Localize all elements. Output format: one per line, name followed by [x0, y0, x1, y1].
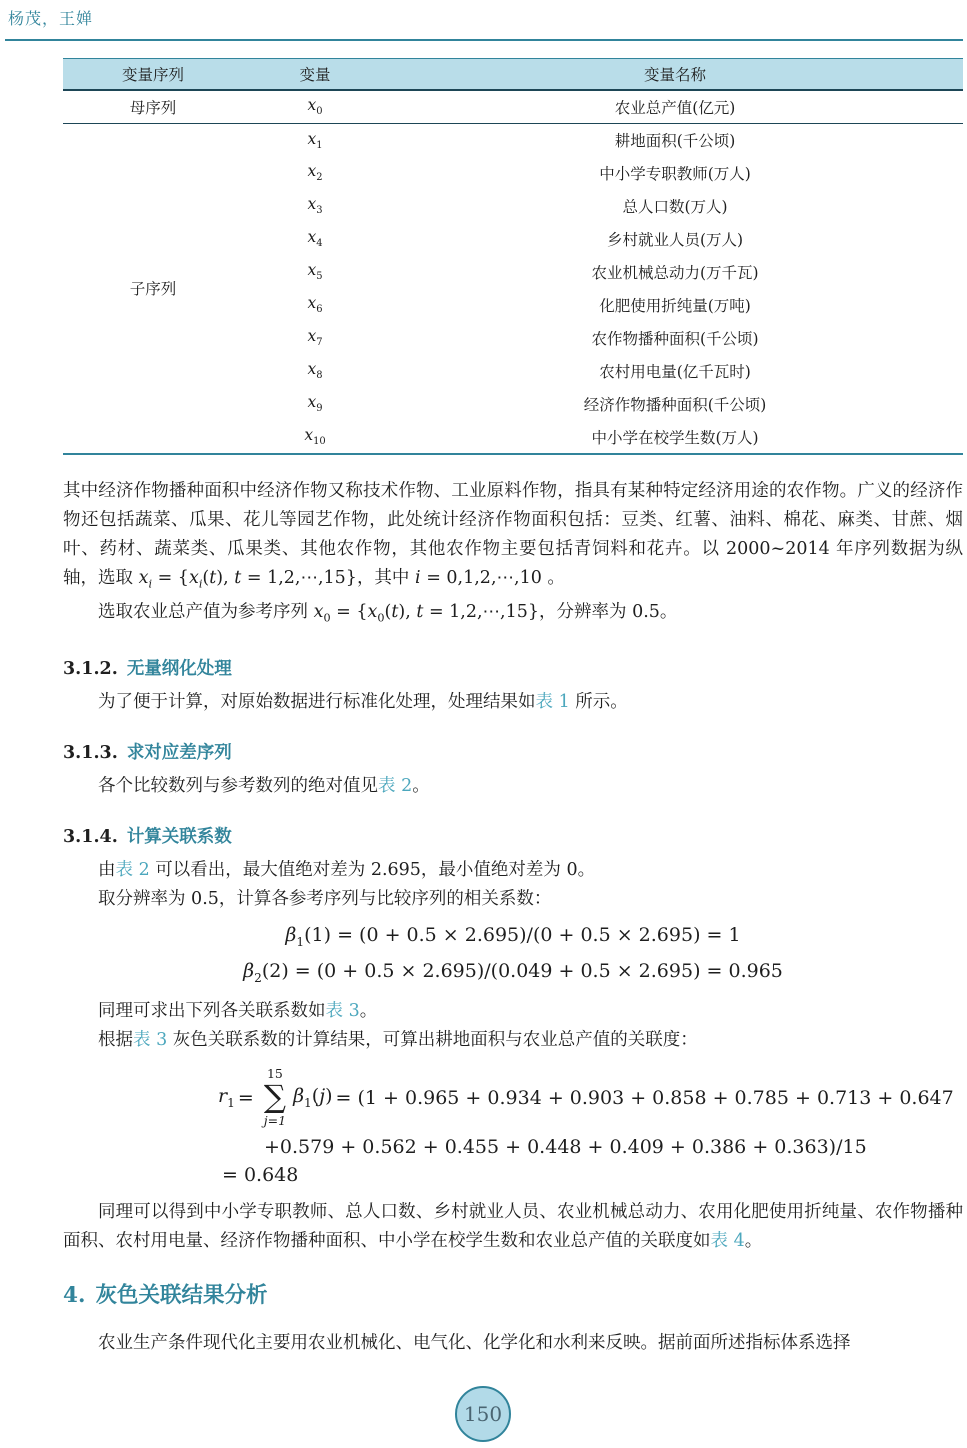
variable-x5: x5 — [243, 256, 387, 289]
paragraph-text: 选取农业总产值为参考序列 — [98, 602, 314, 622]
variable-x2: x2 — [243, 157, 387, 190]
paragraph-text: 同理可求出下列各关联系数如 — [98, 1001, 326, 1021]
formula-line-3: = 0.648 — [222, 1164, 967, 1186]
table3-link[interactable]: 表 3 — [326, 1001, 360, 1021]
paragraph-relational-degree-basis: 根据表 3 灰色关联系数的计算结果，可算出耕地面积与农业总产值的关联度： — [63, 1026, 963, 1055]
table2-link[interactable]: 表 2 — [116, 860, 150, 880]
section-title: 计算关联系数 — [127, 827, 232, 847]
var-subscript: 1 — [304, 1096, 312, 1110]
table-row-mother: 母序列 x0 农业总产值(亿元) — [63, 90, 963, 124]
var-subscript: 2 — [316, 173, 322, 184]
section-number: 3.1.2. — [63, 659, 118, 679]
var-symbol: x — [307, 130, 316, 148]
paragraph-text: 。 — [542, 568, 565, 588]
series-definition-math: xi = {xi(t), t = 1,2,⋯,15} — [139, 568, 357, 588]
correlation-coefficient-formula-2: β2(2) = (0 + 0.5 × 2.695)/(0.049 + 0.5 ×… — [63, 960, 963, 985]
var-subscript: 1 — [227, 1096, 235, 1110]
col-header-variable: 变量 — [243, 59, 387, 90]
paragraph-text: 。 — [412, 776, 430, 796]
section-3-1-3-heading: 3.1.3.求对应差序列 — [63, 739, 967, 764]
sigma-glyph: ∑ — [264, 1081, 286, 1114]
var-symbol: x — [307, 393, 316, 411]
summation-symbol: 15 ∑ j=1 — [264, 1067, 286, 1128]
variable-name-x6: 化肥使用折纯量(万吨) — [387, 289, 963, 322]
variable-name-x4: 乡村就业人员(万人) — [387, 223, 963, 256]
var-symbol: x — [307, 228, 316, 246]
correlation-degree-formula: r1 = 15 ∑ j=1 β1(j) = (1 + 0.965 + 0.934… — [218, 1067, 967, 1186]
paragraph-standardization: 为了便于计算，对原始数据进行标准化处理，处理结果如表 1 所示。 — [63, 688, 963, 717]
paragraph-text: 可以看出，最大值绝对差为 2.695，最小值绝对差为 0。 — [150, 860, 595, 880]
section-3-1-4-heading: 3.1.4.计算关联系数 — [63, 823, 967, 848]
var-subscript: 1 — [316, 140, 322, 151]
reference-series-math: x0 = {x0(t), t = 1,2,⋯,15} — [314, 602, 539, 622]
table2-link[interactable]: 表 2 — [378, 776, 412, 796]
var-subscript: 8 — [316, 371, 322, 382]
variables-table: 变量序列 变量 变量名称 母序列 x0 农业总产值(亿元) 子序列 x1 耕地面… — [63, 58, 963, 455]
table4-link[interactable]: 表 4 — [711, 1231, 745, 1251]
variable-x10: x10 — [243, 421, 387, 454]
col-header-name: 变量名称 — [387, 59, 963, 90]
journal-page: 杨茂，王婵 变量序列 变量 变量名称 母序列 x0 农业总产值(亿元) 子序列 … — [0, 0, 967, 1358]
page-number: 150 — [464, 1402, 502, 1426]
variable-name-x5: 农业机械总动力(万千瓦) — [387, 256, 963, 289]
formula-line-2: +0.579 + 0.562 + 0.455 + 0.448 + 0.409 +… — [264, 1136, 967, 1158]
paragraph-other-degrees: 同理可以得到中小学专职教师、总人口数、乡村就业人员、农业机械总动力、农用化肥使用… — [63, 1198, 963, 1256]
paragraph-text: 为了便于计算，对原始数据进行标准化处理，处理结果如 — [98, 692, 536, 712]
paragraph-difference-series: 各个比较数列与参考数列的绝对值见表 2。 — [63, 772, 963, 801]
variable-name-x1: 耕地面积(千公顷) — [387, 124, 963, 157]
section-number: 3.1.3. — [63, 743, 118, 763]
child-sequence-label: 子序列 — [63, 124, 243, 454]
formula-line-1: r1 = 15 ∑ j=1 β1(j) = (1 + 0.965 + 0.934… — [218, 1067, 967, 1128]
variable-x9: x9 — [243, 388, 387, 421]
section-title: 灰色关联结果分析 — [95, 1283, 267, 1308]
table-header-row: 变量序列 变量 变量名称 — [63, 59, 963, 90]
col-header-sequence: 变量序列 — [63, 59, 243, 90]
index-range-math: i = 0,1,2,⋯,10 — [415, 568, 542, 588]
variable-name-x2: 中小学专职教师(万人) — [387, 157, 963, 190]
section-number: 4. — [63, 1283, 85, 1308]
sum-lower-limit: j=1 — [264, 1114, 286, 1128]
table1-link[interactable]: 表 1 — [536, 692, 570, 712]
variable-name-x3: 总人口数(万人) — [387, 190, 963, 223]
variable-name-x10: 中小学在校学生数(万人) — [387, 421, 963, 454]
variable-name-x7: 农作物播种面积(千公顷) — [387, 322, 963, 355]
variable-x4: x4 — [243, 223, 387, 256]
variable-name-x9: 经济作物播种面积(千公顷) — [387, 388, 963, 421]
var-symbol: x — [307, 360, 316, 378]
running-head-authors: 杨茂，王婵 — [0, 0, 967, 29]
var-symbol: x — [307, 294, 316, 312]
var-symbol: x — [304, 426, 313, 444]
mother-sequence-label: 母序列 — [63, 90, 243, 124]
section-title: 无量纲化处理 — [127, 659, 232, 679]
var-symbol: β — [293, 1085, 304, 1107]
section-3-1-2-heading: 3.1.2.无量纲化处理 — [63, 655, 967, 680]
variable-name-x0: 农业总产值(亿元) — [387, 90, 963, 124]
var-symbol: r — [218, 1085, 227, 1107]
r1-variable: r1 — [218, 1085, 235, 1110]
section-4-heading: 4.灰色关联结果分析 — [63, 1278, 967, 1309]
variable-x3: x3 — [243, 190, 387, 223]
paragraph-text: 。 — [745, 1231, 763, 1251]
correlation-coefficient-formula-1: β1(1) = (0 + 0.5 × 2.695)/(0 + 0.5 × 2.6… — [63, 924, 963, 949]
var-subscript: 0 — [316, 106, 322, 117]
paragraph-result-analysis: 农业生产条件现代化主要用农业机械化、电气化、化学化和水利来反映。据前面所述指标体… — [63, 1329, 963, 1358]
paragraph-resolution: 取分辨率为 0.5，计算各参考序列与比较序列的相关系数： — [63, 885, 963, 914]
variable-name-x8: 农村用电量(亿千瓦时) — [387, 355, 963, 388]
paragraph-text: 同理可以得到中小学专职教师、总人口数、乡村就业人员、农业机械总动力、农用化肥使用… — [63, 1202, 963, 1251]
table3-link[interactable]: 表 3 — [133, 1030, 167, 1050]
paren: ) — [325, 1085, 332, 1107]
paragraph-text: 所示。 — [570, 692, 628, 712]
var-symbol: x — [307, 162, 316, 180]
var-symbol: x — [307, 327, 316, 345]
variable-x6: x6 — [243, 289, 387, 322]
section-number: 3.1.4. — [63, 827, 118, 847]
paragraph-text: 。 — [360, 1001, 378, 1021]
paragraph-economic-crops: 其中经济作物播种面积中经济作物又称技术作物、工业原料作物，指具有某种特定经济用途… — [63, 477, 963, 599]
variable-x8: x8 — [243, 355, 387, 388]
paragraph-other-coefficients: 同理可求出下列各关联系数如表 3。 — [63, 997, 963, 1026]
var-subscript: 7 — [316, 338, 322, 349]
variable-x0: x0 — [243, 90, 387, 124]
var-symbol: x — [307, 195, 316, 213]
var-subscript: 3 — [316, 206, 322, 217]
formula-sum-terms: = (1 + 0.965 + 0.934 + 0.903 + 0.858 + 0… — [336, 1087, 954, 1109]
var-subscript: 9 — [316, 404, 322, 415]
equals-sign: = — [238, 1087, 254, 1109]
section-title: 求对应差序列 — [127, 743, 232, 763]
paragraph-text: ，分辨率为 0.5。 — [539, 602, 677, 622]
beta-term: β1(j) — [293, 1085, 332, 1110]
page-number-badge: 150 — [455, 1386, 511, 1442]
paragraph-text: 根据 — [98, 1030, 133, 1050]
paragraph-text: 灰色关联系数的计算结果，可算出耕地面积与农业总产值的关联度： — [167, 1030, 698, 1050]
paragraph-text: ，其中 — [357, 568, 415, 588]
table-row: 子序列 x1 耕地面积(千公顷) — [63, 124, 963, 157]
paragraph-text: 各个比较数列与参考数列的绝对值见 — [98, 776, 378, 796]
var-subscript: 5 — [316, 272, 322, 283]
var-subscript: 10 — [313, 436, 326, 447]
var-subscript: 6 — [316, 305, 322, 316]
paragraph-max-min-difference: 由表 2 可以看出，最大值绝对差为 2.695，最小值绝对差为 0。 — [63, 856, 963, 885]
paragraph-reference-series: 选取农业总产值为参考序列 x0 = {x0(t), t = 1,2,⋯,15}，… — [63, 598, 963, 633]
variable-x1: x1 — [243, 124, 387, 157]
paragraph-text: 由 — [98, 860, 116, 880]
var-subscript: 4 — [316, 239, 322, 250]
variable-x7: x7 — [243, 322, 387, 355]
var-symbol: x — [307, 96, 316, 114]
var-symbol: x — [307, 261, 316, 279]
header-divider — [5, 39, 963, 41]
